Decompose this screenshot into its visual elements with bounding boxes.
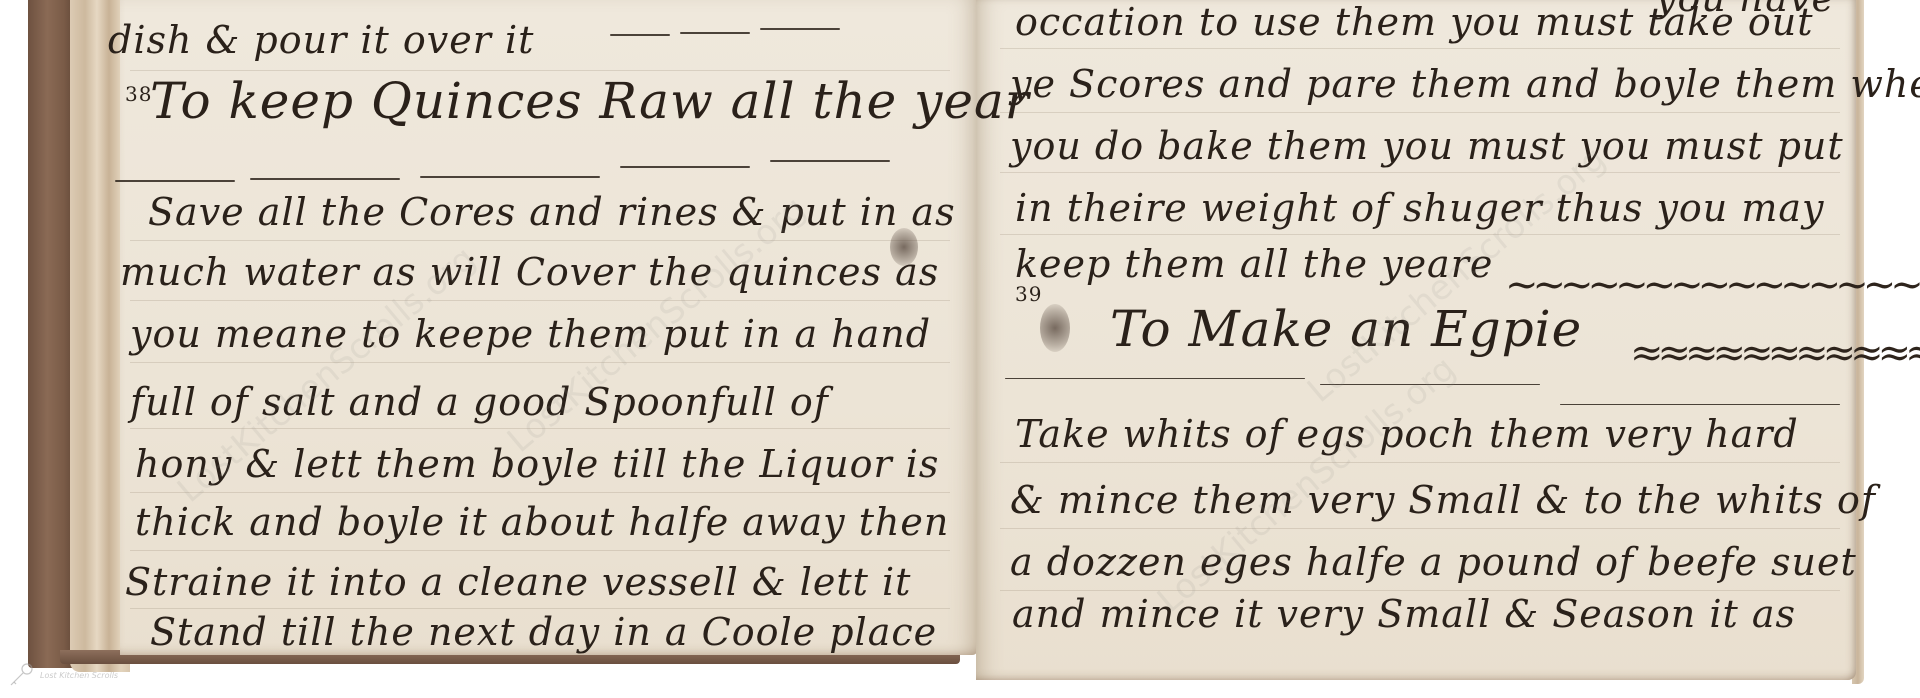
ruling-line — [1000, 590, 1840, 591]
ruling-line — [1000, 528, 1840, 529]
ruling-line — [1000, 234, 1840, 235]
title-divider — [620, 166, 750, 168]
ruling-line — [1000, 172, 1840, 173]
title-divider — [250, 178, 400, 180]
corner-watermark-text: Lost Kitchen Scrolls — [40, 671, 118, 680]
ink-blot — [1040, 304, 1070, 352]
key-icon — [8, 662, 34, 688]
ruling-line — [1000, 462, 1840, 463]
ink-dash — [680, 32, 750, 34]
ruling-line — [130, 70, 950, 71]
recipe-title: To keep Quinces Raw all the year — [150, 72, 1030, 130]
ruling-line — [1000, 112, 1840, 113]
handwritten-line: occation to use them you must take out — [1015, 0, 1813, 44]
title-divider — [115, 180, 235, 182]
handwritten-line: Straine it into a cleane vessell & lett … — [125, 560, 911, 604]
ruling-line — [130, 300, 950, 301]
ink-flourish: ≈≈≈≈≈≈≈≈≈≈≈≈≈ — [1630, 330, 1920, 376]
title-divider — [770, 160, 890, 162]
ruling-line — [130, 428, 950, 429]
ruling-line — [130, 550, 950, 551]
handwritten-line: Stand till the next day in a Coole place — [150, 610, 937, 654]
recipe-number: 38 — [125, 82, 152, 106]
handwritten-line: you meane to keepe them put in a hand — [130, 312, 931, 356]
recipe-number: 39 — [1015, 282, 1042, 306]
handwritten-line: ye Scores and pare them and boyle them w… — [1010, 62, 1920, 106]
corner-watermark-logo: Lost Kitchen Scrolls — [8, 660, 128, 690]
handwritten-line: much water as will Cover the quinces as — [120, 250, 939, 294]
ruling-line — [1000, 48, 1840, 49]
handwritten-line: and mince it very Small & Season it as — [1012, 592, 1796, 636]
title-divider — [1560, 404, 1840, 405]
title-divider — [420, 176, 600, 178]
ruling-line — [130, 362, 950, 363]
ruling-line — [130, 240, 950, 241]
title-divider — [1320, 384, 1540, 385]
book-cover-spine — [28, 0, 76, 668]
handwritten-line: full of salt and a good Spoonfull of — [130, 380, 829, 424]
handwritten-line: & mince them very Small & to the whits o… — [1010, 478, 1876, 522]
ink-blot — [890, 228, 918, 266]
handwritten-line: hony & lett them boyle till the Liquor i… — [135, 442, 939, 486]
ruling-line — [130, 492, 950, 493]
handwritten-line: Save all the Cores and rines & put in as — [148, 190, 956, 234]
handwritten-line: a dozzen eges halfe a pound of beefe sue… — [1010, 540, 1857, 584]
ink-dash — [610, 34, 670, 36]
handwritten-line: thick and boyle it about halfe away then — [135, 500, 949, 544]
handwritten-line: in theire weight of shuger thus you may — [1015, 186, 1825, 230]
ruling-line — [130, 608, 950, 609]
manuscript-spread: dish & pour it over it 38 To keep Quince… — [0, 0, 1920, 698]
handwritten-line: Take whits of egs poch them very hard — [1015, 412, 1799, 456]
recipe-title: To Make an Egpie — [1110, 300, 1582, 358]
handwritten-line: you do bake them you must you must put — [1010, 124, 1844, 168]
title-divider — [1005, 378, 1305, 379]
ink-dash — [760, 28, 840, 30]
handwritten-line: dish & pour it over it — [108, 18, 534, 62]
handwritten-line: keep them all the yeare — [1015, 242, 1493, 286]
